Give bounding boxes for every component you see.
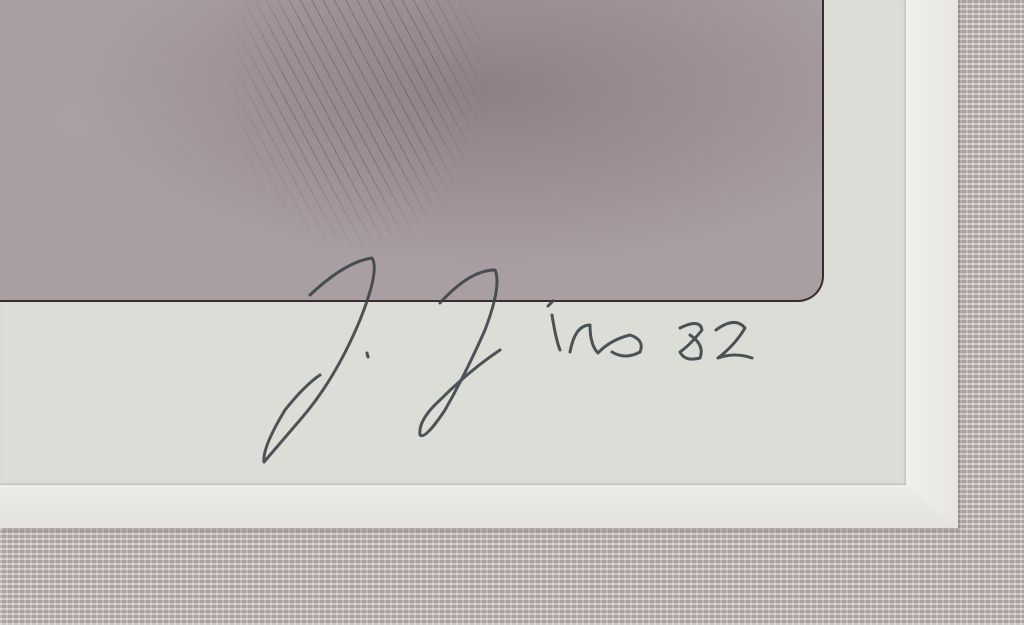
- pencil-signature: [0, 0, 1024, 625]
